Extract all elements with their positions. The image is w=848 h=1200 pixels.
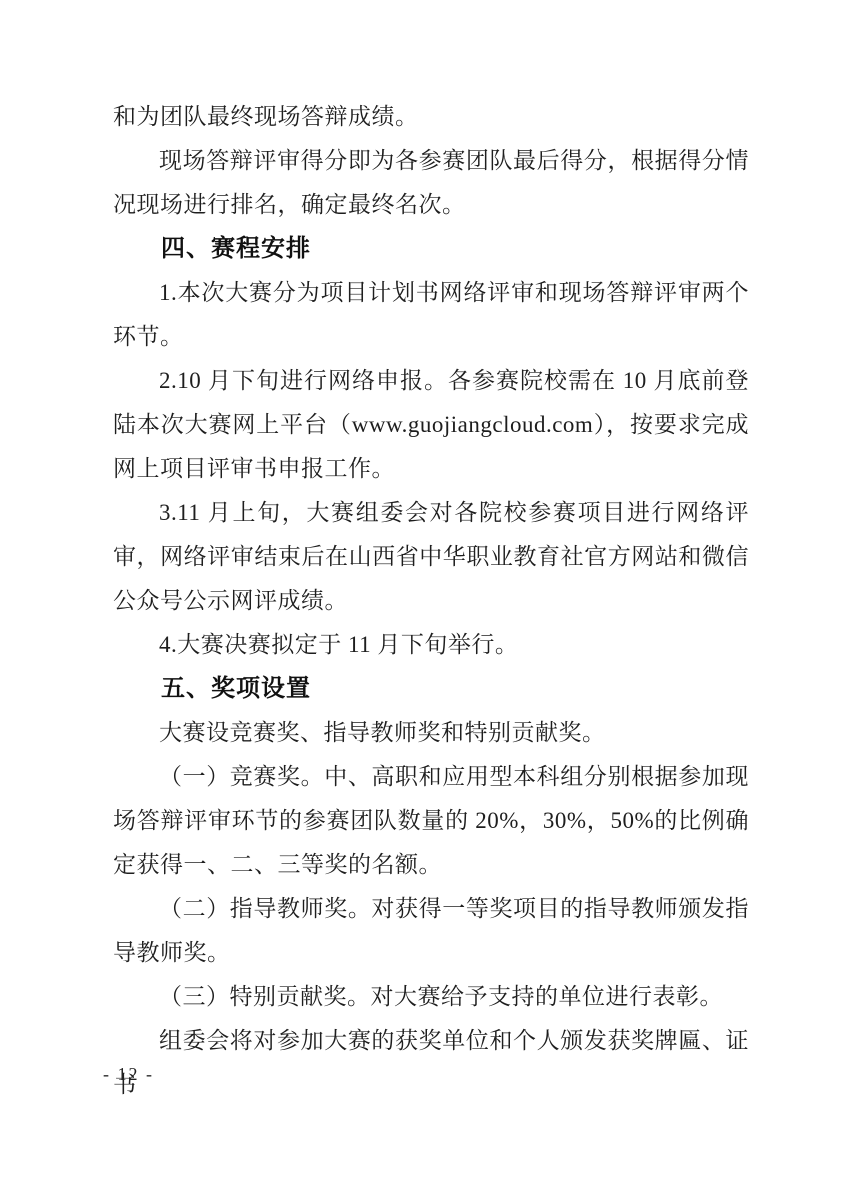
heading-section-5: 五、奖项设置 — [113, 667, 749, 711]
document-text-block: 和为团队最终现场答辩成绩。 现场答辩评审得分即为各参赛团队最后得分，根据得分情况… — [113, 95, 749, 1107]
paragraph-item-1: 1.本次大赛分为项目计划书网络评审和现场答辩评审两个环节。 — [113, 271, 749, 359]
paragraph: 现场答辩评审得分即为各参赛团队最后得分，根据得分情况现场进行排名，确定最终名次。 — [113, 139, 749, 227]
paragraph-award-teacher: （二）指导教师奖。对获得一等奖项目的指导教师颁发指导教师奖。 — [113, 887, 749, 975]
document-page: 和为团队最终现场答辩成绩。 现场答辩评审得分即为各参赛团队最后得分，根据得分情况… — [0, 0, 848, 1200]
paragraph-continuation: 和为团队最终现场答辩成绩。 — [113, 95, 749, 139]
paragraph-award-competition: （一）竞赛奖。中、高职和应用型本科组分别根据参加现场答辩评审环节的参赛团队数量的… — [113, 755, 749, 887]
paragraph-item-3: 3.11 月上旬，大赛组委会对各院校参赛项目进行网络评审，网络评审结束后在山西省… — [113, 491, 749, 623]
paragraph-awards-intro: 大赛设竞赛奖、指导教师奖和特别贡献奖。 — [113, 711, 749, 755]
paragraph-awards-issuance: 组委会将对参加大赛的获奖单位和个人颁发获奖牌匾、证书 — [113, 1019, 749, 1107]
paragraph-item-2: 2.10 月下旬进行网络申报。各参赛院校需在 10 月底前登陆本次大赛网上平台（… — [113, 359, 749, 491]
paragraph-award-special: （三）特别贡献奖。对大赛给予支持的单位进行表彰。 — [113, 975, 749, 1019]
paragraph-item-4: 4.大赛决赛拟定于 11 月下旬举行。 — [113, 623, 749, 667]
heading-section-4: 四、赛程安排 — [113, 227, 749, 271]
page-number: - 12 - — [103, 1064, 154, 1085]
